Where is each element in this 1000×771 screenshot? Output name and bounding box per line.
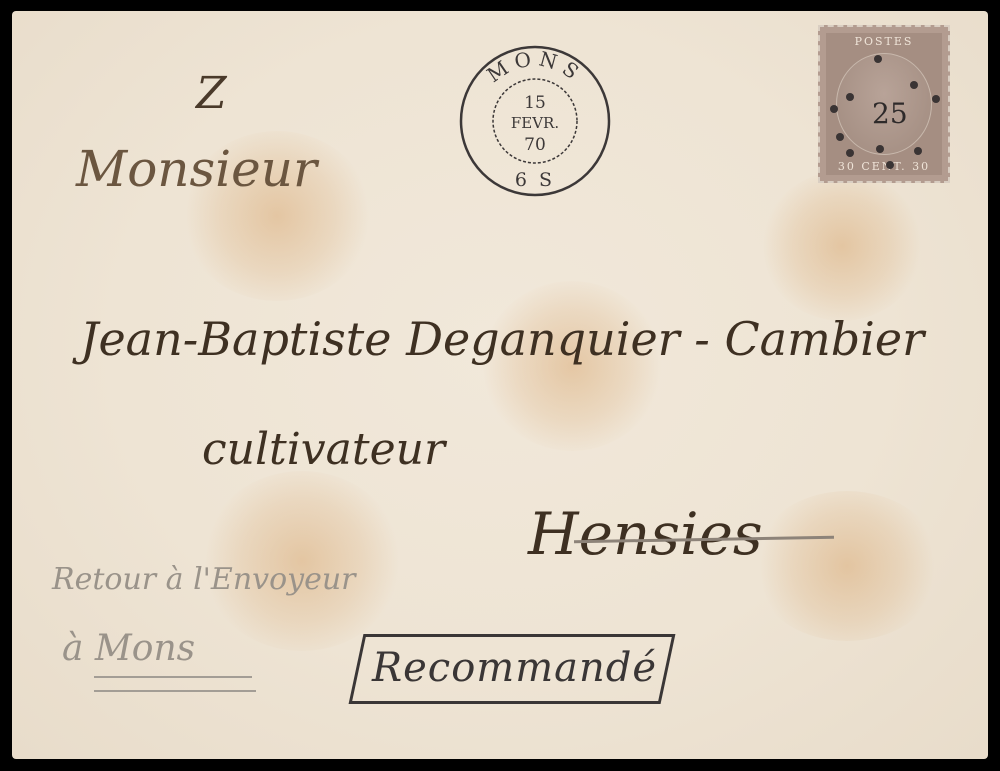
foxing-stain: [762, 171, 922, 321]
foxing-stain: [202, 471, 402, 651]
stamp-top-label: POSTES: [826, 35, 942, 48]
address-mark: Z: [196, 68, 227, 119]
postmark-time: 6 S: [515, 169, 555, 191]
stamp-value-label: 30 CENT. 30: [826, 160, 942, 173]
address-town: Hensies: [528, 500, 763, 568]
postmark-year: 70: [524, 135, 546, 155]
postmark-town: MONS: [482, 46, 588, 87]
postage-stamp: POSTES 30 CENT. 30 25: [818, 25, 950, 183]
foxing-stain: [752, 491, 942, 641]
postmark: MONS 15 FEVR. 70 6 S: [458, 44, 612, 198]
return-note-line2: à Mons: [62, 628, 195, 669]
address-occupation: cultivateur: [202, 424, 445, 475]
svg-text:MONS: MONS: [482, 46, 588, 87]
postmark-month: FEVR.: [511, 114, 559, 132]
foxing-stain: [482, 281, 662, 451]
underline: [94, 690, 256, 692]
underline: [94, 676, 252, 678]
registered-handstamp: Recommandé: [372, 645, 657, 691]
stamp-cancel-number: 25: [872, 97, 908, 130]
address-name: Jean-Baptiste Deganquier - Cambier: [80, 312, 924, 366]
postmark-day: 15: [524, 93, 546, 113]
return-note-line1: Retour à l'Envoyeur: [52, 562, 356, 597]
address-salutation: Monsieur: [76, 140, 317, 198]
